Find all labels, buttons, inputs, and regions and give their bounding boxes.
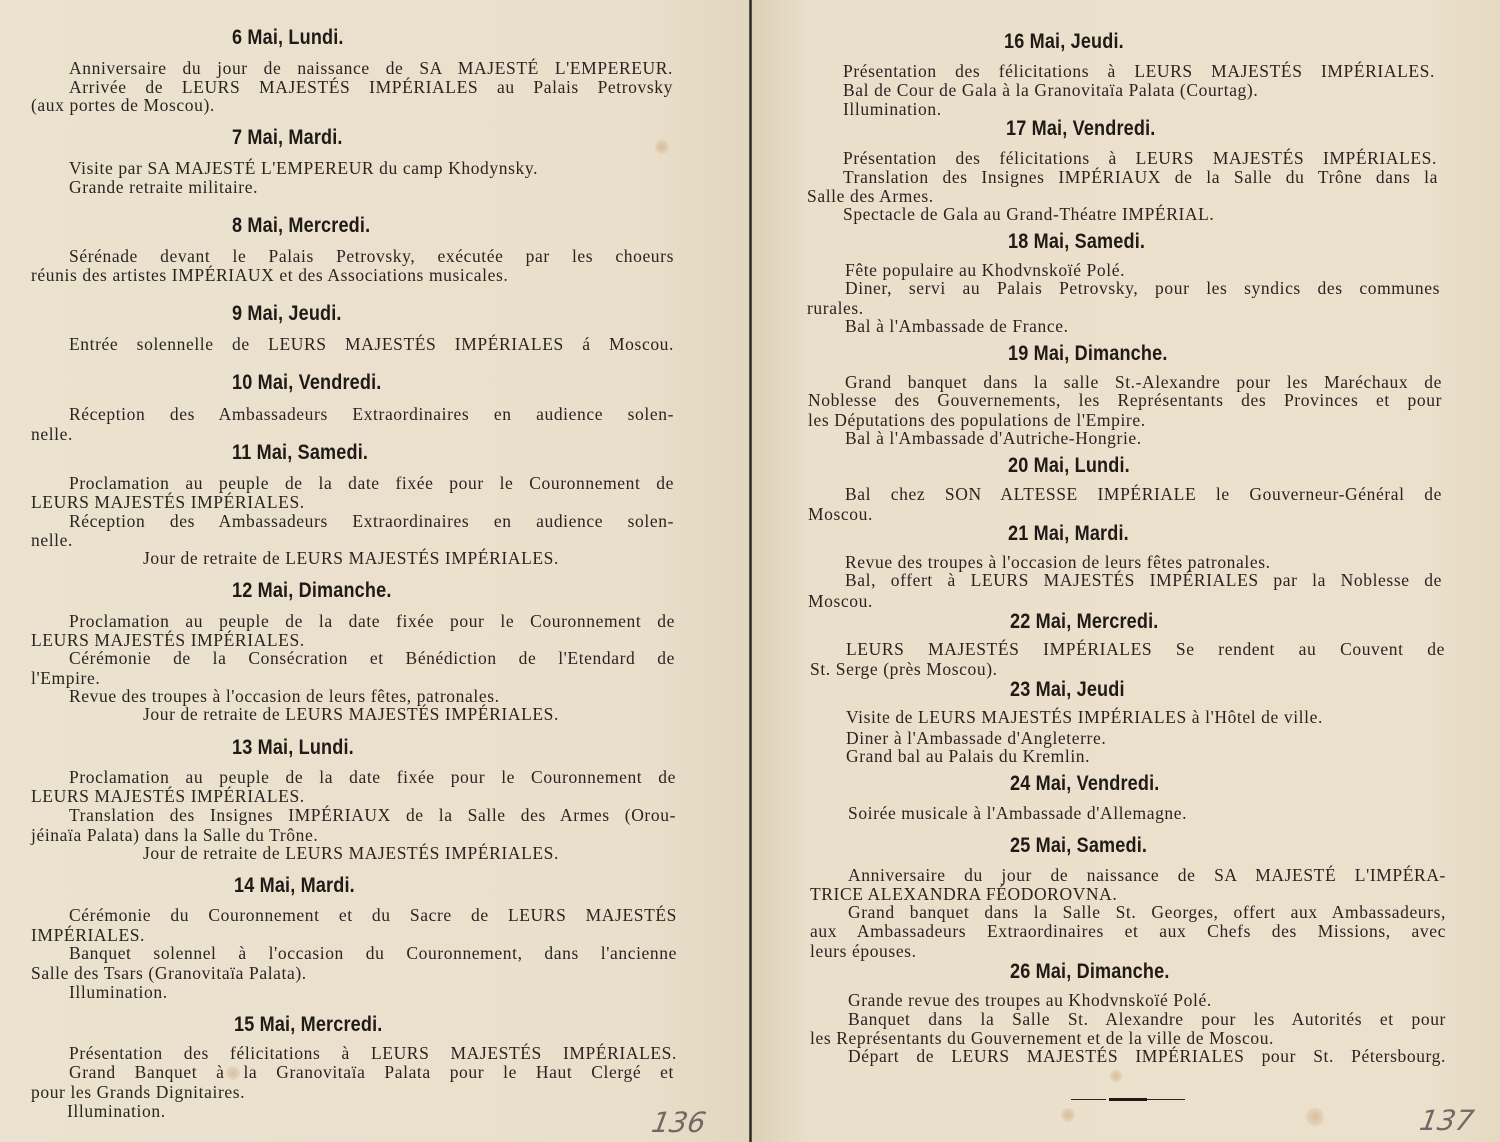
entry-line: Grand banquet dans la salle St.-Alexandr… [845,372,1442,392]
entry-heading: 13 Mai, Lundi. [232,736,354,760]
entry-line: LEURS MAJESTÉS IMPÉRIALES Se rendent au … [846,639,1445,659]
entry-line: Soirée musicale à l'Ambassade d'Allemagn… [848,803,1187,823]
entry-line: Bal, offert à LEURS MAJESTÉS IMPÉRIALES … [845,570,1442,590]
entry-line: TRICE ALEXANDRA FÉODOROVNA. [810,884,1117,904]
entry-line: Bal à l'Ambassade de France. [845,316,1069,336]
entry-line: Sérénade devant le Palais Petrovsky, exé… [69,246,674,266]
entry-heading: 23 Mai, Jeudi [1010,678,1125,702]
entry-line: Anniversaire du jour de naissance de SA … [69,58,673,78]
entry-line: (aux portes de Moscou). [31,95,215,115]
entry-line: Bal à l'Ambassade d'Autriche-Hongrie. [845,428,1142,448]
entry-line: Proclamation au peuple de la date fixée … [69,473,674,493]
entry-line: nelle. [31,530,73,550]
entry-line: Visite de LEURS MAJESTÉS IMPÉRIALES à l'… [846,707,1323,727]
entry-heading: 19 Mai, Dimanche. [1008,342,1168,366]
entry-line: Jour de retraite de LEURS MAJESTÉS IMPÉR… [143,843,559,863]
entry-line: rurales. [807,298,864,318]
paper-spot [1306,1108,1324,1126]
entry-line: leurs épouses. [810,941,917,961]
entry-line: Cérémonie du Couronnement et du Sacre de… [69,905,677,925]
book-spread: 6 Mai, Lundi. Anniversaire du jour de na… [0,0,1500,1142]
entry-heading: 24 Mai, Vendredi. [1010,772,1159,796]
end-ornament-rule [1071,1099,1106,1100]
entry-line: Illumination. [69,982,168,1002]
entry-line: Moscou. [808,591,873,611]
entry-line: Translation des Insignes IMPÉRIAUX de la… [843,167,1438,187]
entry-heading: 14 Mai, Mardi. [234,874,355,898]
entry-line: Visite par SA MAJESTÉ L'EMPEREUR du camp… [69,158,538,178]
entry-line: Grand bal au Palais du Kremlin. [846,746,1090,766]
entry-heading: 15 Mai, Mercredi. [234,1013,382,1037]
entry-line: LEURS MAJESTÉS IMPÉRIALES. [31,786,305,806]
entry-line: Translation des Insignes IMPÉRIAUX de la… [69,805,676,825]
entry-line: Salle des Tsars (Granovitaïa Palata). [31,963,307,983]
entry-line: Départ de LEURS MAJESTÉS IMPÉRIALES pour… [848,1046,1446,1066]
entry-line: Noblesse des Gouvernements, les Représen… [808,390,1442,410]
entry-line: Présentation des félicitations à LEURS M… [843,61,1435,81]
entry-line: St. Serge (près Moscou). [810,659,998,679]
entry-line: l'Empire. [31,668,100,688]
entry-line: Proclamation au peuple de la date fixée … [69,611,675,631]
entry-heading: 10 Mai, Vendredi. [232,371,381,395]
entry-line: Moscou. [808,504,873,524]
entry-line: nelle. [31,424,73,444]
entry-line: Proclamation au peuple de la date fixée … [69,767,676,787]
entry-line: aux Ambassadeurs Extraordinaires et aux … [810,921,1446,941]
entry-line: Grand Banquet à la Granovitaïa Palata po… [69,1062,674,1082]
entry-line: Réception des Ambassadeurs Extraordinair… [69,404,674,424]
entry-line: réunis des artistes IMPÉRIAUX et des Ass… [31,265,508,285]
entry-heading: 22 Mai, Mercredi. [1010,610,1158,634]
entry-line: Illumination. [843,99,942,119]
entry-heading: 9 Mai, Jeudi. [232,302,342,326]
entry-line: Cérémonie de la Consécration et Bénédict… [69,648,675,668]
entry-heading: 20 Mai, Lundi. [1008,454,1130,478]
paper-spot [1110,1070,1122,1082]
entry-heading: 25 Mai, Samedi. [1010,834,1147,858]
entry-heading: 17 Mai, Vendredi. [1006,117,1155,141]
entry-line: Bal de Cour de Gala à la Granovitaïa Pal… [843,80,1258,100]
entry-line: pour les Grands Dignitaires. [31,1082,245,1102]
entry-line: Présentation des félicitations à LEURS M… [69,1043,677,1063]
entry-line: Réception des Ambassadeurs Extraordinair… [69,511,674,531]
entry-line: Grand banquet dans la Salle St. Georges,… [848,902,1446,922]
paper-spot [655,140,669,154]
page-number: 137 [1417,1104,1476,1137]
entry-line: Arrivée de LEURS MAJESTÉS IMPÉRIALES au … [69,77,673,97]
entry-line: Grande revue des troupes au Khodvnskoïé … [848,990,1212,1010]
entry-heading: 12 Mai, Dimanche. [232,579,392,603]
entry-heading: 18 Mai, Samedi. [1008,230,1145,254]
entry-line: Banquet dans la Salle St. Alexandre pour… [848,1009,1446,1029]
entry-line: Bal chez SON ALTESSE IMPÉRIALE le Gouver… [845,484,1442,504]
entry-line: Grande retraite militaire. [69,177,258,197]
entry-line: Salle des Armes. [807,186,934,206]
paper-spot [1061,1108,1075,1122]
entry-line: les Députations des populations de l'Emp… [808,410,1146,430]
entry-line: Fête populaire au Khodvnskoïé Polé. [845,260,1125,280]
entry-heading: 16 Mai, Jeudi. [1004,30,1124,54]
entry-line: Revue des troupes à l'occasion de leurs … [845,552,1271,572]
entry-line: Anniversaire du jour de naissance de SA … [848,865,1446,885]
book-gutter [749,0,752,1142]
entry-line: IMPÉRIALES. [31,925,145,945]
entry-line: Diner à l'Ambassade d'Angleterre. [846,728,1106,748]
entry-line: Banquet solennel à l'occasion du Couronn… [69,943,677,963]
entry-line: Illumination. [67,1101,166,1121]
entry-line: LEURS MAJESTÉS IMPÉRIALES. [31,630,305,650]
entry-line: Diner, servi au Palais Petrovsky, pour l… [845,278,1440,298]
entry-line: jéinaïa Palata) dans la Salle du Trône. [31,825,318,845]
entry-line: Entrée solennelle de LEURS MAJESTÉS IMPÉ… [69,334,674,354]
paper-spot [226,1066,240,1080]
end-ornament-rule [1109,1098,1147,1101]
entry-line: Revue des troupes à l'occasion de leurs … [69,686,500,706]
entry-line: les Représentants du Gouvernement et de … [810,1028,1274,1048]
entry-line: Jour de retraite de LEURS MAJESTÉS IMPÉR… [143,548,559,568]
entry-heading: 7 Mai, Mardi. [232,126,343,150]
end-ornament-rule [1147,1099,1185,1100]
entry-heading: 21 Mai, Mardi. [1008,522,1129,546]
entry-line: Jour de retraite de LEURS MAJESTÉS IMPÉR… [143,704,559,724]
entry-heading: 11 Mai, Samedi. [232,441,368,465]
entry-line: Spectacle de Gala au Grand-Théatre IMPÉR… [843,204,1214,224]
page-number: 136 [649,1106,708,1139]
entry-heading: 6 Mai, Lundi. [232,26,344,50]
entry-heading: 26 Mai, Dimanche. [1010,960,1170,984]
entry-heading: 8 Mai, Mercredi. [232,214,370,238]
entry-line: LEURS MAJESTÉS IMPÉRIALES. [31,492,305,512]
entry-line: Présentation des félicitations à LEURS M… [843,148,1437,168]
